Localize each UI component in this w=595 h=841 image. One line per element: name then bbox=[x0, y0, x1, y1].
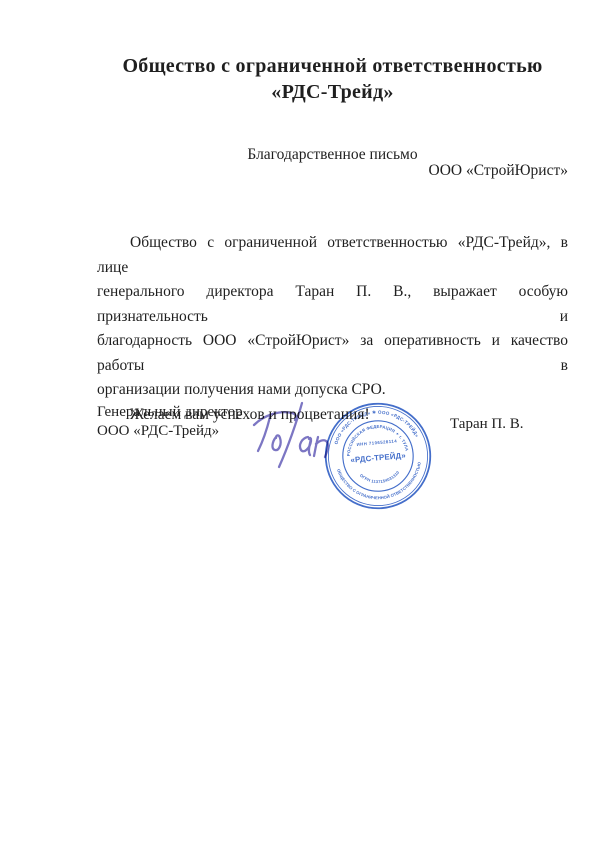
body-line: генерального директора Таран П. В., выра… bbox=[97, 280, 568, 329]
org-title-line1: Общество с ограниченной ответственностью bbox=[97, 53, 568, 79]
signer-position: Генеральный директор ООО «РДС-Трейд» bbox=[97, 403, 243, 440]
signer-position-line1: Генеральный директор bbox=[97, 403, 243, 422]
org-title: Общество с ограниченной ответственностью… bbox=[97, 53, 568, 105]
company-stamp: ООО «РДС-ТРЕЙД» ✱ ООО «РДС-ТРЕЙД» ОБЩЕСТ… bbox=[316, 394, 440, 518]
recipient-label: ООО «СтройЮрист» bbox=[97, 162, 568, 179]
org-title-line2: «РДС-Трейд» bbox=[97, 79, 568, 105]
body-line: Общество с ограниченной ответственностью… bbox=[97, 231, 568, 280]
doc-type-label: Благодарственное письмо bbox=[97, 146, 568, 163]
letter-page: Общество с ограниченной ответственностью… bbox=[0, 0, 595, 841]
body-line: благодарность ООО «СтройЮрист» за операт… bbox=[97, 329, 568, 378]
stamp-ogrn-text: ОГРН 1137154031310 bbox=[359, 469, 402, 486]
stamp-center-name: «РДС-ТРЕЙД» bbox=[350, 451, 406, 465]
signer-position-line2: ООО «РДС-Трейд» bbox=[97, 422, 243, 441]
signer-name: Таран П. В. bbox=[450, 416, 523, 433]
stamp-inn-text: ИНН 7106528114 bbox=[356, 438, 397, 447]
